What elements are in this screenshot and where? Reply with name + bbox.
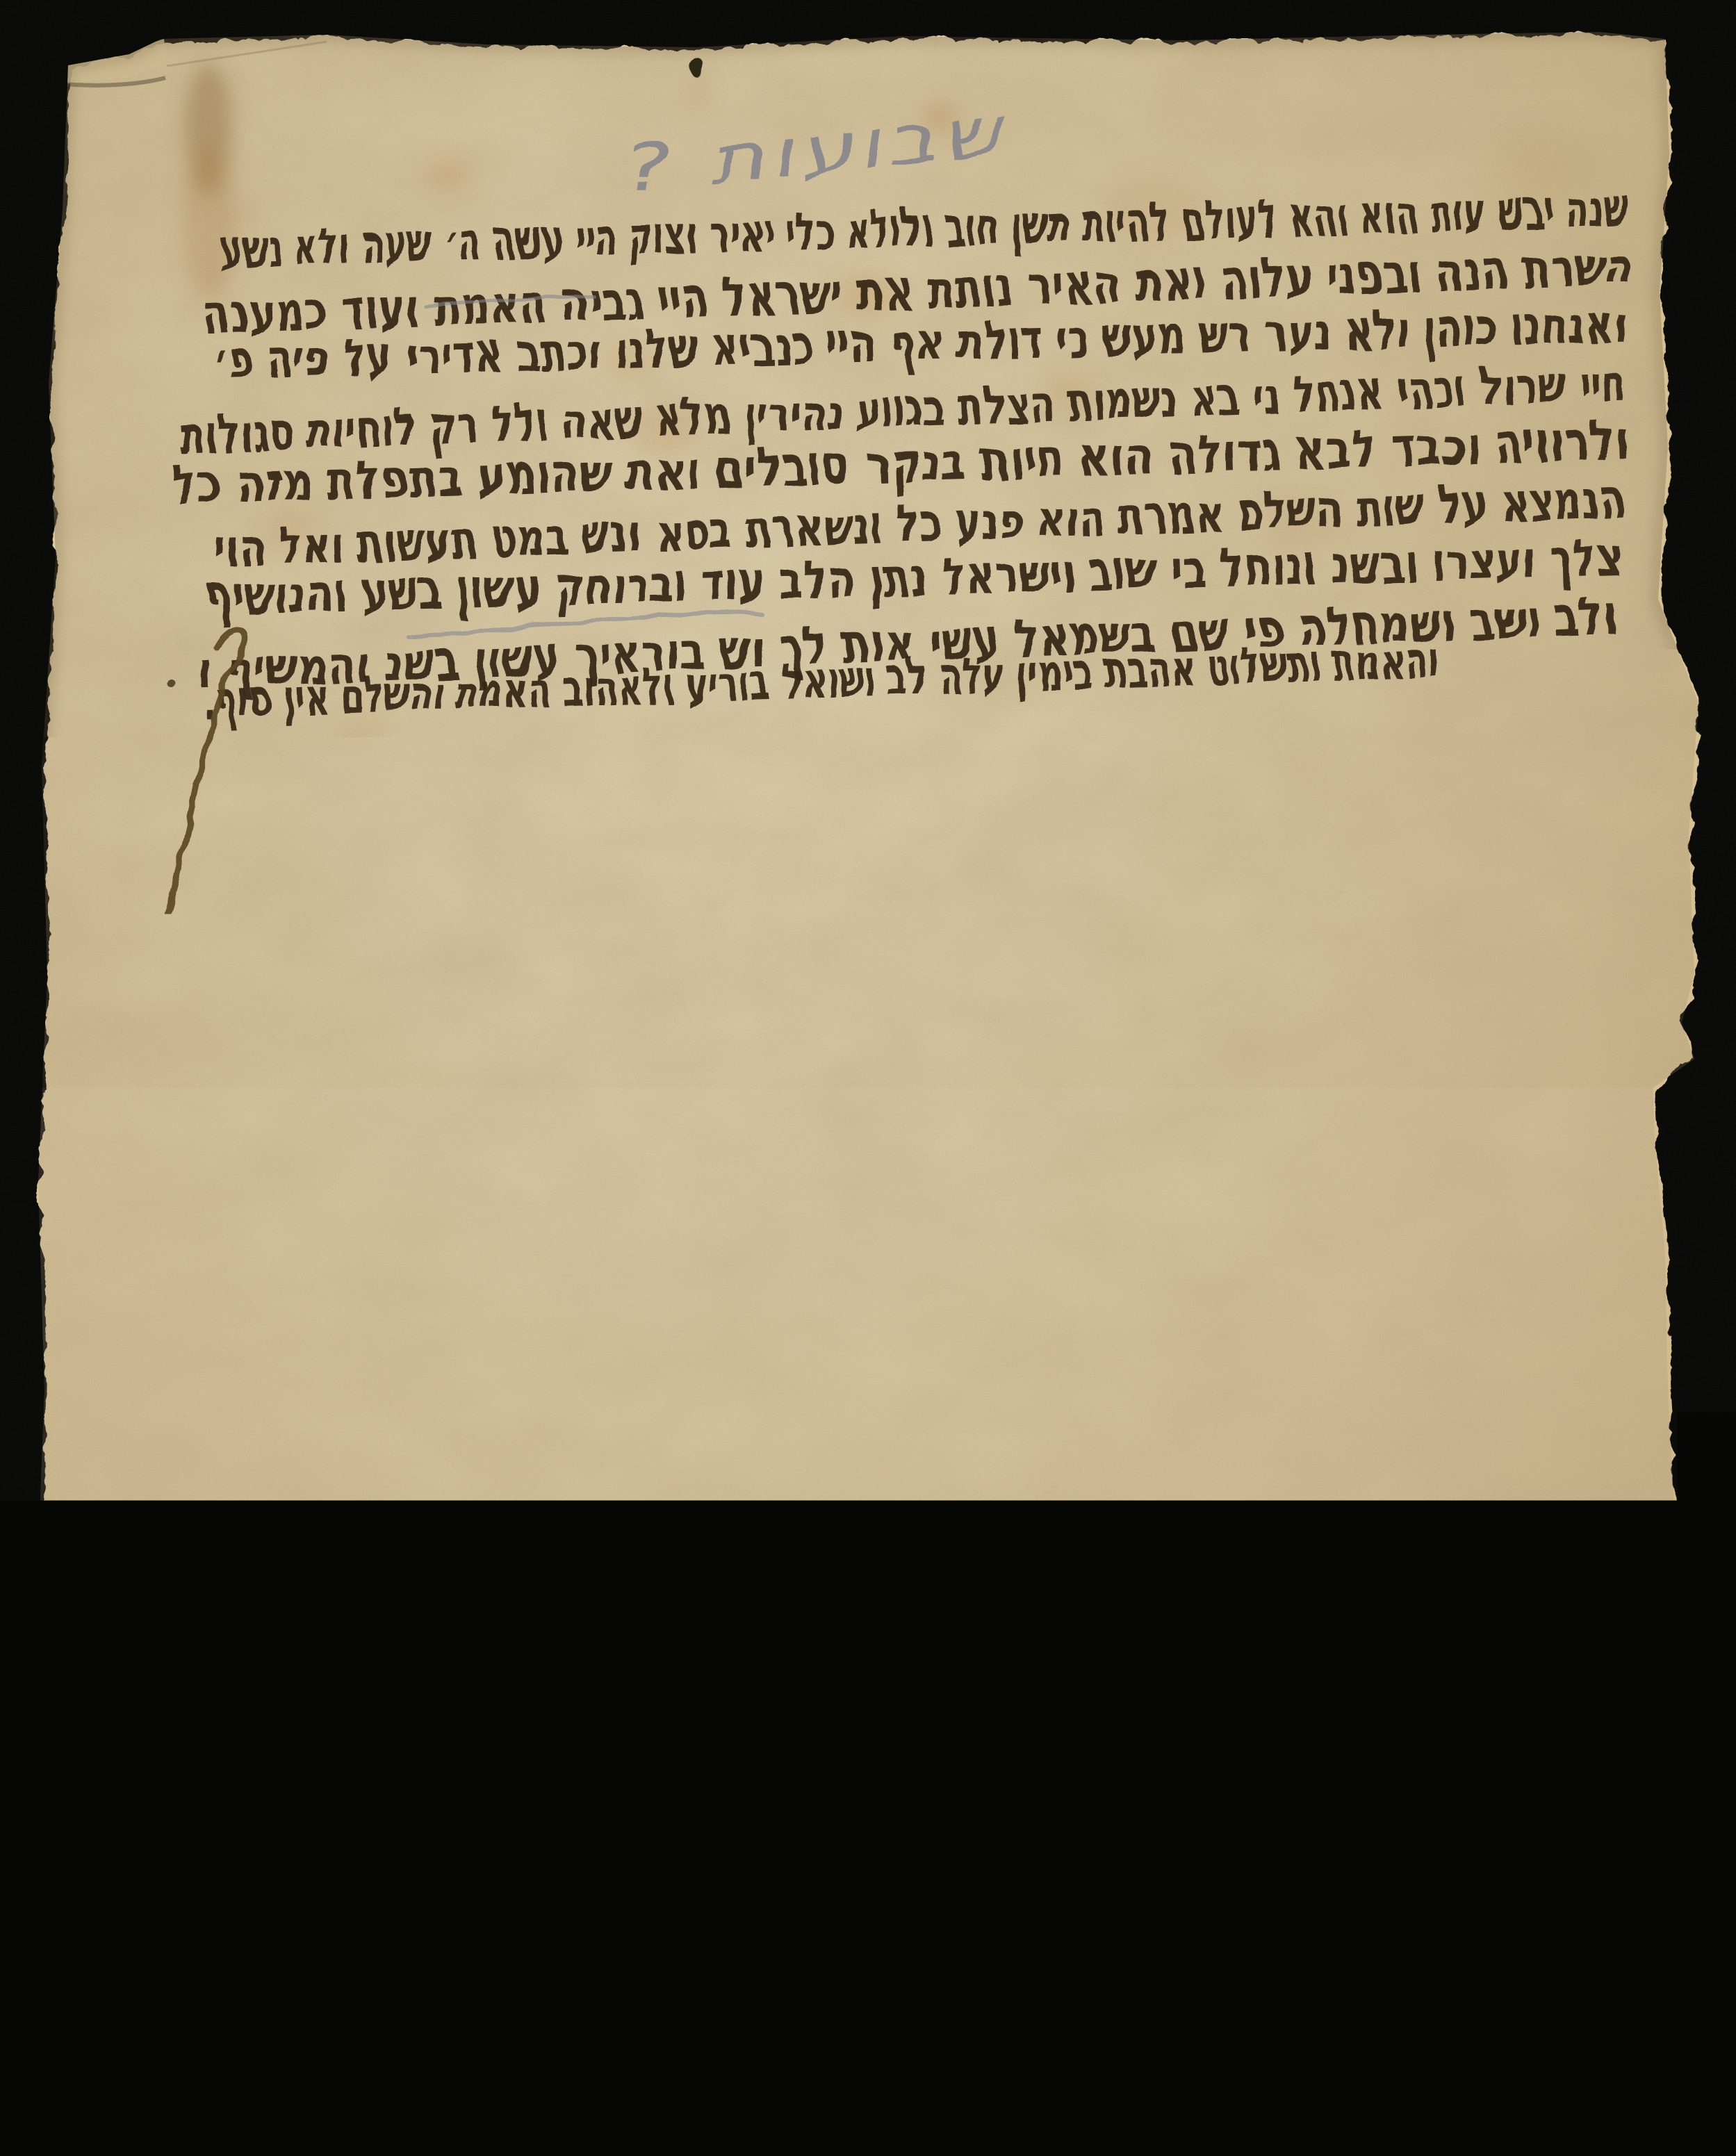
- photograph-stage: שנה יבש עות הוא והא לעולם להיות תשן חוב …: [0, 0, 1736, 2156]
- stain: [65, 1950, 165, 2027]
- stain: [429, 160, 468, 190]
- stain: [1418, 1301, 1490, 1356]
- wormhole: [222, 2030, 232, 2039]
- stitch-slit: [965, 1016, 968, 1115]
- stain: [245, 1805, 300, 1850]
- ink-dot: [167, 680, 176, 688]
- stain: [835, 830, 896, 877]
- wormhole: [1096, 1412, 1100, 1416]
- stain: [837, 1498, 895, 1540]
- stain: [378, 1463, 442, 1513]
- fold-tear-hole: [1467, 1048, 1487, 1061]
- lower-half-light-patch: [28, 1088, 1710, 2156]
- wormhole: [596, 1516, 600, 1520]
- stain: [687, 76, 710, 107]
- wormhole: [215, 1982, 220, 1986]
- stain: [555, 1733, 605, 1772]
- stain: [1147, 2030, 1205, 2072]
- manuscript-photograph: שנה יבש עות הוא והא לעולם להיות תשן חוב …: [0, 0, 1736, 2156]
